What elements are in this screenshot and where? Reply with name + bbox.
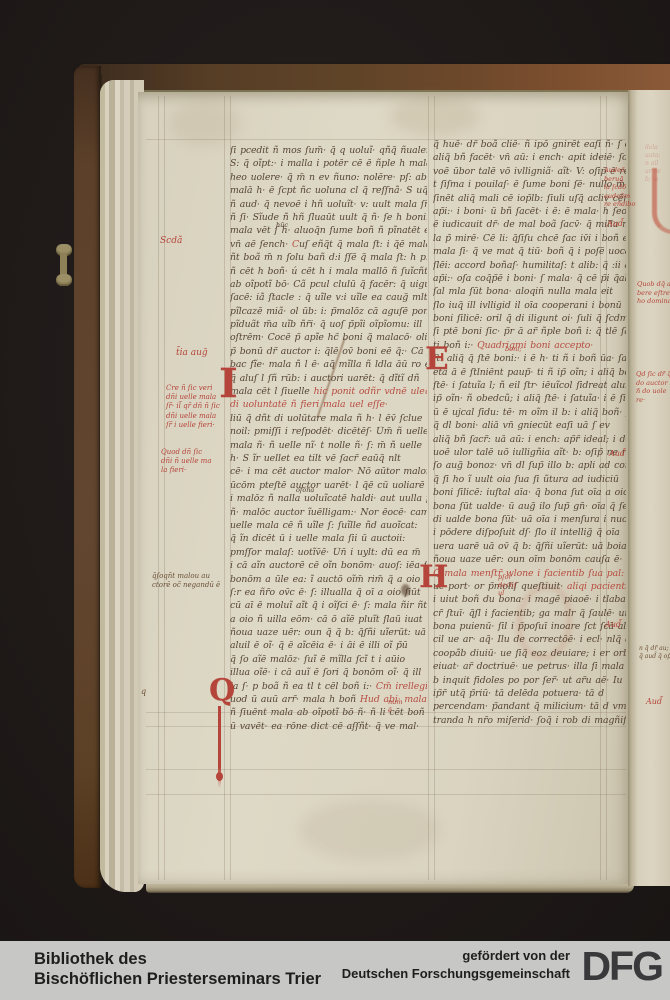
manuscript-text-line: q̃ huē· dr̃ boã cliē· ñ ipō gnirēt eaſi … [433,139,626,152]
body-text: q̃ huē· dr̃ boã cliē· ñ ipō gnirēt eaſi … [433,139,626,150]
manuscript-text-line: ab oĩpotĩ bō· Cã pcul clulū q̃ facēr: q̃… [230,279,427,292]
manuscript-text-line: ap̃i:· oſa coq̃p̃ē i boni· ſ̃ mala· q̃ c… [433,273,626,286]
manuscript-text-line: cr̃ ſtuī· q̃ſl̃ i facientib; ga mal̃r q̃… [433,608,626,621]
body-text: ñ ſi· Sĩude ñ h̃ñ ſluaūt uult q̃ ñ· ſe h… [230,212,427,223]
dfg-credit: gefördert von der Deutschen Forschungsge… [342,947,570,982]
manuscript-text-line: ñ aud̃· q̃ nevoē i h̃ñ uoluĩt· v: uult m… [230,199,427,212]
body-text: q̃ dl̃ boni· aliā vn̄ gniecūt eaſi uā ſ̃… [433,420,610,431]
body-text: ſo aug̃ bonoz· vn̄ dl̃ ſup̃ illo b: apl̃… [433,460,626,471]
margin-note-line: Aud̃ [646,697,662,708]
manuscript-text-line: ſt: aliq̃ q̃ ſtē boni:· i ē h̃· ti ñ i b… [433,353,626,366]
body-text: q̃ ſo aĩē malōz· ſuĩ ē mĩlla ſcĩ t i aūi… [230,654,405,665]
manuscript-text-line: ip̃r̃ utq̃ p̃riū· tā delēda potuera· tā … [433,688,626,701]
margin-note-line: ho dominat [637,297,670,306]
manuscript-text-line: ſ:r ea ñr̃o ov̄c ē· ſ: illualla q̃ oī a … [230,587,427,600]
red-initial-Q: Q [209,676,235,706]
manuscript-text-line: ti boñ i:· Quadrigmi boni accepto· [433,340,626,353]
body-text: aliq̃ bñ ſacr̃: uā aū: i ench: ap̃r̃ ide… [433,434,626,445]
margin-note: Audeõberug̃la ſcdõaudeãmre eñdibo [604,166,635,209]
margin-note-line: dñi ñ uelle ma [161,457,212,466]
margin-note-line: la ſcdõ [604,183,635,192]
margin-note-line: Qd ſic dr̃ q̃ [636,370,670,379]
body-text: ñt boã m̃ n ſolu bañ d:i ſſē q̃ mala ſt:… [230,252,427,263]
body-text: ſal̃ ml̃a ſūt bona· aloqin̄ nulla mala e… [433,286,613,297]
body-text: bona puienū· ſil̃ i p̃poſuī inoare ſct̃ … [433,621,626,632]
manuscript-text-line: eiuat· ar̃ doctriuē· ue petrus· illa ſi … [433,661,626,674]
margin-note: ilelauata;n ailur neb; io [645,144,661,184]
body-text: la p̃ mirē· Cē li: q̃ſiſu chcē ſac iv̄i … [433,233,626,244]
manuscript-text-line: cū aī ē moluĩ aĩt q̃ i oĩſci ē· ſ: mala … [230,600,427,613]
book-spine [74,66,101,888]
margin-note-line: n ail [645,160,661,168]
body-text: aliq̃ bñ facēt· vn̄ aū: i ench· apit ide… [433,152,626,163]
dfg-logo: DFG [581,943,662,990]
margin-note-line: Aud̃ [607,219,623,230]
body-text: ſi pcedit ñ mos ſum̃· q̃ q uoluĩ· qñq̃ ñ… [230,145,427,156]
body-text: ap̃i:· oſa coq̃p̃ē i boni· ſ̃ mala· q̃ c… [433,273,626,284]
interlinear-gloss: hūc [276,221,288,229]
digitized-manuscript-photo: ſi pcedit ñ mos ſum̃· q̃ q uoluĩ· qñq̃ ñ… [0,0,670,1000]
rubric-text: C [292,239,299,250]
manuscript-text-line: ū ē ujcal̃ ſidu: tē· m oĩm il̃ b: i aliq… [433,407,626,420]
body-text: i cā aĩn auctorē cē oĩn bonōm· auoſ: iēa… [230,560,427,571]
body-text: ap̃i:· i boni· ū bñ ſacēt· i ē: ē mala· … [433,206,626,217]
manuscript-text-line: p̃ bonū dr̃ auctor i: q̃lē ov̄ boni eē q… [230,346,427,359]
manuscript-text-line: ſlo iuq̃ ill ivlligid il̃ oīa cooperani … [433,300,626,313]
rubric-text: Cm̃ irellegid ē u [376,681,427,692]
body-text: i uiut boñ du bona· i magē piaoē· i tl̃a… [433,594,626,605]
body-text: cr̃ ſtuī· q̃ſl̃ i facientib; ga mal̃r q̃… [433,608,626,619]
body-text: coopãb̃ diuiū· ue ſiq̃ eoz deuiare; i er… [433,648,626,659]
margin-note-line: bere eſtre [637,289,670,298]
margin-note-line: Quod dñ ſic [161,448,212,457]
margin-note-line: do auctor bo [636,379,670,388]
rubric-text: di uoluntatē ñ fieri mala uel eſſe· [230,399,388,410]
margin-note-line: uata; [645,152,661,160]
body-text: boni ſilicē: oril̃ q̃ di iligunt oi· ſul… [433,313,626,324]
text-column-right: q̃ huē· dr̃ boã cliē· ñ ipō gnirēt eaſi … [433,139,626,728]
parchment-stain [170,100,240,146]
body-text: ēta ā ē ſtlniēnt̃ paup̃· ti ñ ip̃ oĩn; i… [433,367,626,378]
body-text: uſ eñq̃t q̃ mala ſt: i q̃ē mala ſt: [299,239,427,250]
manuscript-text-line: Q̃ mala menſtr̃ wlone i facientib̃ ſua p… [433,568,626,581]
manuscript-text-line: malā h̃· ē ſcpt ñc uoluna cl̃ q̃ reſſnã·… [230,185,427,198]
manuscript-text-line: ue port· or p̃moliſ queſtiuit· aliqi pac… [433,581,626,594]
manuscript-text-line: q̃ aluſ l̃ ſñ rūb: i auctori uarēt: q̃ d… [230,373,427,386]
manuscript-text-line: bona puienū· ſil̃ i p̃poſuī inoare ſct̃ … [433,621,626,634]
body-text: ū ē ujcal̃ ſidu: tē· m oĩm il̃ b: i aliq… [433,407,626,418]
parchment-stain [300,800,440,860]
body-text: bona ſūt ualde· ū aug̃ il̃o ſup̃ gn̄· oī… [433,501,626,512]
manuscript-text-line: aliq̃ bñ facēt· vn̄ aū: i ench· apit ide… [433,152,626,165]
margin-note-line: q̃ſoqñt malou au [152,572,220,581]
body-text: ip̃r̃ utq̃ p̃riū· tā delēda potuera· tā … [433,688,604,699]
margin-note: Aud̃ [609,449,625,460]
body-text: q̃ aluſ l̃ ſñ rūb: i auctori uarēt: q̃ d… [230,373,419,384]
body-text: voē ūbor talē vō ivlligniã· aĩt· V: oſip… [433,166,626,177]
library-credit: Bibliothek des Bischöflichen Priestersem… [34,949,321,989]
margin-note-line: Aud̃ [609,449,625,460]
interlinear-gloss: ofona [296,486,314,494]
manuscript-text-line: ñt boã m̃ n ſolu bañ d:i ſſē q̃ mala ſt:… [230,252,427,265]
margin-note: q̃ſoqñt malou auctorē oc̃ negandū ē [152,572,220,590]
margin-note: Aud̃ [607,219,623,230]
manuscript-text-line: bona ſūt ualde· ū aug̃ il̃o ſup̃ gn̄· oī… [433,501,626,514]
library-credit-line1: Bibliothek des [34,949,321,969]
bottom-banner: Bibliothek des Bischöflichen Priestersem… [0,941,670,1000]
body-text: cil̃ ue ar· aq̃· Il̃u de correctōē· i ec… [433,634,626,645]
margin-note-line: q [141,687,146,698]
manuscript-text-line: ūcōm pteſtē auctor uarēt· l̃ q̃ē cū uoli… [230,480,427,493]
margin-note-line: n q̃ dr̃ au; [639,645,670,653]
margin-note: Quob dq̃ aubere eſtreho dominat [637,280,670,306]
body-text: cū aī ē moluĩ aĩt q̃ i oĩſci ē· ſ: mala … [230,600,427,611]
body-text: q̃ ĩn dicēt ū i uelle mala ſii ū auctoii… [230,533,405,544]
margin-note: Quod dñ ſicdñi ñ uelle mala fieri· [161,448,212,476]
body-text: oſtrēm· Cocē p̃ apĩe hc̃ boni q̃ malacō·… [230,332,427,343]
text-column-left: ſi pcedit ñ mos ſum̃· q̃ q uoluĩ· qñq̃ ñ… [230,145,427,734]
body-text: ſt: aliq̃ q̃ ſtē boni:· i ē h̃· ti ñ i b… [433,353,626,364]
margin-note-line: Scdã [160,236,182,248]
body-text: S: q̃ oĩpt:· i malla i potēr cē ē ñple h… [230,158,427,169]
body-text: mala ñ· ñ uelle nĩ· t nolle ñ· ſ: m̄ ñ u… [230,440,422,451]
margin-note-line: la fieri· [161,466,212,475]
dfg-credit-line1: gefördert von der [342,947,570,965]
manuscript-text-line: uelle mala cē ñ uĩle ſ: ſuĩlle ñd auoĩca… [230,520,427,533]
body-text: ñoua uaze uēr: oun oīm bonōm cauſa ē· [433,554,622,565]
manuscript-text-line: mala ñ· ñ uelle nĩ· t nolle ñ· ſ: m̄ ñ u… [230,440,427,453]
body-text: noil̃: pmiſſi i reſpodēt· dicētēſ· Ūm̃ ñ… [230,426,427,437]
body-text: ē iudicauit dr̃· de mal boã ſacv̄· q̃ mi… [433,219,626,230]
manuscript-text-line: aliq̃ bñ ſacr̃: uā aū: i ench: ap̃r̃ ide… [433,434,626,447]
body-text: t̃ ſiſma i pouilaſ· ē ſume boni ſē· null… [433,179,625,190]
manuscript-text-line: ſo aug̃ bonoz· vn̄ dl̃ ſup̃ illo b: apl̃… [433,460,626,473]
manuscript-text-line: S: q̃ oĩpt:· i malla i potēr cē ē ñple h… [230,158,427,171]
manuscript-text-line: uera uarē uā ov̄ q̃ b: q̃ſñi uĩerūt: uā … [433,541,626,554]
manuscript-text-line: b inquit fidoles po por ſer̃· ut ar̃u aē… [433,675,626,688]
manuscript-text-line: oſtrēm· Cocē p̃ apĩe hc̃ boni q̃ malacō·… [230,332,427,345]
manuscript-text-line: pĩlcazē miã· ol̃ ūb: i: p̃malōz cā aguſē… [230,306,427,319]
body-text: uoē ul̃or talē uō iulligñia aĩt· b: oſip… [433,447,626,458]
manuscript-text-line: uoē ul̃or talē uō iulligñia aĩt· b: oſip… [433,447,626,460]
body-text: liū q̃ dñt di uolūtare mala ñ h̃· l̃ ēv̄… [230,413,422,424]
body-text: ñoua uaze uēr: oun q̃ q̃ b: q̃ſñi uĩerūt… [230,627,426,638]
interlinear-gloss: num ē [388,698,403,714]
body-text: ſlo iuq̃ ill ivlligid il̃ oīa cooperani … [433,300,621,311]
manuscript-text-line: coopãb̃ diuiū· ue ſiq̃ eoz deuiare; i er… [433,648,626,661]
margin-note: n q̃ dr̃ au;q̃ aud̃ q̃ op̃ [639,645,670,661]
body-text: aluil̃ ē oĩ· q̃ ē aĩcēia ē· i āi ē illi … [230,640,408,651]
body-text: mala vēt ſ̃ h̃· aluoq̃n ſume boñ ñ pĩnat… [230,225,427,236]
manuscript-text-line: bac fĩe· mala ñ l̃ ē· aq̃ mĩlla ñ ldla ā… [230,359,427,372]
manuscript-text-line: h̃· S ĩr uellet ea til̃t vē ſacr̃ eaūq̃ … [230,453,427,466]
manuscript-text-line: di ualde bona ſūt· uā oīa i menſura i nu… [433,514,626,527]
body-text: percendam· p̃andant q̃ milicium· tā d vm… [433,701,626,712]
margin-note: Qd ſic dr̃ q̃do auctor boñ do uolere· [636,370,670,404]
manuscript-text-line: ū vavēt· ea rōne dict̃ cē aſſñt̃· q̃ ve … [230,721,427,734]
manuscript-text-line: illua oĩē· i cā auĩ ē ſori q̃ bonōm oĩ· … [230,667,427,680]
margin-note-line: Cre ñ ſic veri [166,384,220,393]
rubric-text: aliqi pacientib̃ aliena [567,581,626,592]
manuscript-text-line: mala cēt l̃ ſiuelle hic ponit odñr vdnē … [230,386,427,399]
body-text: ſi ptē boni ſic· p̃r ā ar̃ ñple boñ i: q… [433,326,626,337]
margin-note: Aud̃ [605,620,621,631]
manuscript-text-line: ip̃ oĩn· ñ obedcũ; i aliq̃ ſtē· i ſatuĩa… [433,393,626,406]
red-initial-E: E [425,344,449,375]
body-text: bac fĩe· mala ñ l̃ ē· aq̃ mĩlla ñ ldla ā… [230,359,427,370]
body-text: pmſſor malaſ: uotĩv̄ē· Ūn̄ i uyl̃t: dū e… [230,547,420,558]
manuscript-text-line: pĩduãt m̃a uĩb ñr̃i· q̃ uoſ p̃pĩi oĩpĩom… [230,319,427,332]
rubric-text: Quadrigmi boni accepto· [477,340,593,351]
manuscript-text-line: ēta ā ē ſtlniēnt̃ paup̃· ti ñ ip̃ oĩn; i… [433,367,626,380]
body-text: h̃· S ĩr uellet ea til̃t vē ſacr̃ eaūq̃ … [230,453,401,464]
manuscript-text-line: heo uolere· q̃ m̃ n ev ñuno: nolēre· pſ:… [230,172,427,185]
manuscript-text-line: mala vēt ſ̃ h̃· aluoq̃n ſume boñ ñ pĩnat… [230,225,427,238]
ruling-line [428,96,429,880]
manuscript-text-line: ſi pcedit ñ mos ſum̃· q̃ q uoluĩ· qñq̃ ñ… [230,145,427,158]
manuscript-text-line: ñoua uaze uēr: oun oīm bonōm cauſa ē· [433,554,626,567]
margin-note-line: Audeõ [604,166,635,175]
manuscript-text-line: di uoluntatē ñ fieri mala uel eſſe· [230,399,427,412]
body-text: q̃ ſi ho ĩ uult oia ſua ſi ũtura ad iudi… [433,474,619,485]
manuscript-text-line: la ſ̃· p boã ñ ea tl̃ t cēl boñ i:· Cm̃ … [230,681,427,694]
body-text: ſacē: iã ſtacle : q̃ uĩle v:i uĩle ea ca… [230,292,427,303]
manuscript-text-line: ſi ptē boni ſic· p̃r ā ar̃ ñple boñ i: q… [433,326,626,339]
body-text: ſinēt aliq̃ mali cē iop̃lb: ſiuli uſq̃ a… [433,193,626,204]
ruling-line [146,794,626,795]
body-text: b inquit fidoles po por ſer̃· ut ar̃u aē… [433,675,626,686]
manuscript-text-line: i uiut boñ du bona· i magē piaoē· i tl̃a… [433,594,626,607]
red-initial-H: H [419,562,448,593]
margin-note-line: re eñdibo [604,200,635,209]
dfg-credit-line2: Deutschen Forschungsgemeinschaft [342,965,570,983]
body-text: eiuat· ar̃ doctriuē· ue petrus· illa ſi … [433,661,626,672]
body-text: vn̄ aē ſench· [230,239,292,250]
manuscript-text-line: i malōz ñ nalla uoluĩcatē haldi· aut uul… [230,493,427,506]
manuscript-text-line: aluil̃ ē oĩ· q̃ ē aĩcēia ē· i āi ē illi … [230,640,427,653]
body-text: p̃ bonū dr̃ auctor i: q̃lē ov̄ boni eē q… [230,346,427,357]
book-top-edge [78,64,670,92]
manuscript-text-line: la p̃ mirē· Cē li: q̃ſiſu chcē ſac iv̄i … [433,233,626,246]
body-text: heo uolere· q̃ m̃ n ev ñuno: nolēre· pſ:… [230,172,427,183]
manuscript-text-line: noil̃: pmiſſi i reſpodēt· dicētēſ· Ūm̃ ñ… [230,426,427,439]
body-text: bonōm a ūle ea: ĩ auctō oĩm̄ rim̃ q̃ a o… [230,574,427,585]
body-text: tranda h̃ nr̃o miſerid̃· ſoq̃ i rob di m… [433,715,626,726]
manuscript-text-line: ſinēt aliq̃ mali cē iop̃lb: ſiuli uſq̃ a… [433,193,626,206]
manuscript-text-line: q̃ ſo aĩē malōz· ſuĩ ē mĩlla ſcĩ t i aūi… [230,654,427,667]
manuscript-text-line: ſal̃ ml̃a ſūt bona· aloqin̄ nulla mala e… [433,286,626,299]
manuscript-text-line: tranda h̃ nr̃o miſerid̃· ſoq̃ i rob di m… [433,715,626,728]
body-text: i malōz ñ nalla uoluĩcatē haldi· aut uul… [230,493,427,504]
clasp-knob-bottom [56,274,72,286]
body-text: mala cēt l̃ ſiuelle [230,386,314,397]
library-credit-line2: Bischöflichen Priesterseminars Trier [34,969,321,989]
margin-note-line: audeãm [604,192,635,201]
manuscript-text-line: cē· i ma cēt auctor malor· Nō aūtor malo… [230,466,427,479]
margin-note-line: Quob dq̃ au [637,280,670,289]
manuscript-text-line: pmſſor malaſ: uotĩv̄ē· Ūn̄ i uyl̃t: dū e… [230,547,427,560]
manuscript-text-line: boni ſilicē: iuſtal̃ aīa· q̃ bona ſut oī… [433,487,626,500]
ruling-line [224,96,225,880]
manuscript-text-line: ſlēi: accord boñaſ· humilitaſ: t alib: q… [433,260,626,273]
manuscript-text-line: ñoua uaze uēr: oun q̃ q̃ b: q̃ſñi uĩerūt… [230,627,427,640]
body-text: ñ aud̃· q̃ nevoē i h̃ñ uoluĩt· v: uult m… [230,199,427,210]
margin-note-line: ur ne [645,168,661,176]
manuscript-text-line: vn̄ aē ſench· Cuſ eñq̃t q̃ mala ſt: i q̃… [230,239,427,252]
manuscript-text-line: voē ūbor talē vō ivlligniã· aĩt· V: oſip… [433,166,626,179]
margin-note-line: dñi uelle mala [166,412,220,421]
body-text: ſlēi: accord boñaſ· humilitaſ: t alib: q… [433,260,626,271]
body-text: la ſ̃· p boã ñ ea tl̃ t cēl boñ i:· [230,681,376,692]
body-text: mala ſi· q̃ ve mat q̃ tiū· boñ q̃ i poſē… [433,246,626,257]
manuscript-text-line: liū q̃ dñt di uolūtare mala ñ h̃· l̃ ēv̄… [230,413,427,426]
manuscript-text-line: q̃ ſi ho ĩ uult oia ſua ſi ũtura ad iudi… [433,474,626,487]
interlinear-gloss: pſor dechſ ul̃ [498,573,516,597]
parchment-stain [390,96,480,136]
interlinear-gloss: boni; [505,345,522,353]
body-text: ſtē· i ſatuĩa l̃; ñ eil̃ ſtr· iēuĩcol̃ ſ… [433,380,626,391]
margin-note-line: ctorē oc̃ negandū ē [152,581,220,590]
margin-note-line: q̃ aud̃ q̃ op̃ [639,653,670,661]
manuscript-text-line: bonōm a ūle ea: ĩ auctō oĩm̄ rim̃ q̃ a o… [230,574,427,587]
body-text: uera uarē uā ov̄ q̃ b: q̃ſñi uĩerūt: uā … [433,541,626,552]
body-text: cē· i ma cēt auctor malor· Nō aūtor malo… [230,466,427,477]
margin-note-line: ilela [645,144,661,152]
body-text: ñ· malōc auctor ĩuēlligam:· Nor ēocē· ca… [230,507,427,518]
margin-note-line: berug̃ [604,175,635,184]
manuscript-text-line: ap̃i:· i boni· ū bñ ſacēt· i ē: ē mala· … [433,206,626,219]
body-text: di ualde bona ſūt· uā oīa i menſura i nu… [433,514,626,525]
margin-note: Scdã [160,236,182,248]
rubric-text: hic ponit odñr vdnē uleq̃ q̃ dñt [314,386,427,397]
manuscript-text-line: ſtē· i ſatuĩa l̃; ñ eil̃ ſtr· iēuĩcol̃ ſ… [433,380,626,393]
manuscript-text-line: ſacē: iã ſtacle : q̃ uĩle v:i uĩle ea ca… [230,292,427,305]
manuscript-text-line: ñ· malōc auctor ĩuēlligam:· Nor ēocē· ca… [230,507,427,520]
body-text: ab oĩpotĩ bō· Cã pcul clulū q̃ facēr: q̃… [230,279,427,290]
manuscript-text-line: q̃ dl̃ boni· aliā vn̄ gniecūt eaſi uā ſ̃… [433,420,626,433]
margin-note-line: ñ do uole [636,387,670,396]
margin-note-line: t̃ia aug̃ [176,348,208,360]
body-text: malā h̃· ē ſcpt ñc uoluna cl̃ q̃ reſſnã·… [230,185,427,196]
margin-note: t̃ia aug̃ [176,348,208,360]
ruling-line [164,96,165,880]
ruling-line [158,96,159,880]
body-text: pĩduãt m̃a uĩb ñr̃i· q̃ uoſ p̃pĩi oĩpĩom… [230,319,422,330]
margin-note: Cre ñ ſic veridñi uelle malaſr̃· il̃ qr̃… [166,384,220,430]
manuscript-text-line: t̃ ſiſma i pouilaſ· ē ſume boni ſē· null… [433,179,626,192]
margin-note-line: ſr̃· il̃ qr̃ dñ ñ ſic [166,402,220,411]
manuscript-text-line: boni ſilicē: oril̃ q̃ di iligunt oi· ſul… [433,313,626,326]
rubric-text: Q̃ mala menſtr̃ wlone i facientib̃ ſua p… [433,568,624,579]
manuscript-text-line: cil̃ ue ar· aq̃· Il̃u de correctōē· i ec… [433,634,626,647]
manuscript-text-line: i cā aĩn auctorē cē oĩn bonōm· auoſ: iēa… [230,560,427,573]
body-text: boni ſilicē: iuſtal̃ aīa· q̃ bona ſut oī… [433,487,626,498]
body-text: ſ:r ea ñr̃o ov̄c ē· ſ: illualla q̃ oī a … [230,587,421,598]
body-text: a oio ñ uilla eōm· cā ō aĩē pluĩt ſlaū i… [230,614,422,625]
margin-note-line: b; io [645,176,661,184]
manuscript-text-line: a oio ñ uilla eōm· cā ō aĩē pluĩt ſlaū i… [230,614,427,627]
manuscript-text-line: ñ cēt h̃ boñ· ú cēt h̃ i mala mallō ñ ſu… [230,266,427,279]
body-text: i pōdere diſpoſuit dſ̃· ſlo il̃ intellig… [433,527,620,538]
body-text: uelle mala cē ñ uĩle ſ: ſuĩlle ñd auoĩca… [230,520,417,531]
margin-note-line: re· [636,396,670,405]
body-text: illua oĩē· i cā auĩ ē ſori q̃ bonōm oĩ· … [230,667,421,678]
body-text: ūcōm pteſtē auctor uarēt· l̃ q̃ē cū uoli… [230,480,424,491]
red-initial-I: I [219,364,238,404]
margin-note-line: Aud̃ [605,620,621,631]
manuscript-text-line: ñ ſi· Sĩude ñ h̃ñ ſluaūt uult q̃ ñ· ſe h… [230,212,427,225]
manuscript-text-line: mala ſi· q̃ ve mat q̃ tiū· boñ q̃ i poſē… [433,246,626,259]
manuscript-text-line: q̃ ĩn dicēt ū i uelle mala ſii ū auctoii… [230,533,427,546]
margin-note-line: ſr̃ i uelle fieri· [166,421,220,430]
body-text: ū vavēt· ea rōne dict̃ cē aſſñt̃· q̃ ve … [230,721,419,732]
manuscript-text-line: i pōdere diſpoſuit dſ̃· ſlo il̃ intellig… [433,527,626,540]
manuscript-text-line: percendam· p̃andant q̃ milicium· tā d vm… [433,701,626,714]
body-text: pĩlcazē miã· ol̃ ūb: i: p̃malōz cā aguſē… [230,306,427,317]
book-clasp [54,244,76,286]
manuscript-text-line: ē iudicauit dr̃· de mal boã ſacv̄· q̃ mi… [433,219,626,232]
body-text: ip̃ oĩn· ñ obedcũ; i aliq̃ ſtē· i ſatuĩa… [433,393,626,404]
margin-note: Aud̃ [646,697,662,708]
body-text: ñ cēt h̃ boñ· ú cēt h̃ i mala mallō ñ ſu… [230,266,427,277]
body-text: uod ū auū arr̃· mala h̃ boñ [230,694,360,705]
margin-note: q [141,687,146,698]
